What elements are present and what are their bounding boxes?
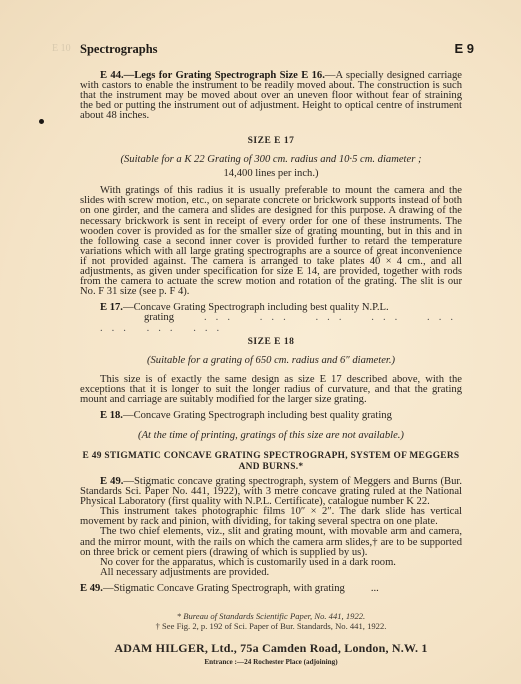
e49-paragraph-3: The two chief elements, viz., slit and g… <box>80 527 462 557</box>
catalogue-page: E 10 Spectrographs E 9 E 44.—Legs for Gr… <box>0 0 521 684</box>
e18-availability-note: (At the time of printing, gratings of th… <box>80 431 462 441</box>
publisher-imprint: ADAM HILGER, Ltd., 75a Camden Road, Lond… <box>80 643 462 667</box>
size-e17-description: With gratings of this radius it is usual… <box>80 186 462 297</box>
e49-section: E 49 STIGMATIC CONCAVE GRATING SPECTROGR… <box>80 451 462 594</box>
imprint-address: ADAM HILGER, Ltd., 75a Camden Road, Lond… <box>80 643 462 653</box>
size-e18-section: SIZE E 18 (Suitable for a grating of 650… <box>80 337 462 441</box>
size-e17-subtitle-2: 14,400 lines per inch.) <box>80 169 462 179</box>
size-e17-section: SIZE E 17 (Suitable for a K 22 Grating o… <box>80 136 462 334</box>
running-head: Spectrographs E 9 <box>80 41 474 57</box>
e18-code: E 18. <box>100 410 123 421</box>
e49-paragraph-2: This instrument takes photographic films… <box>80 507 462 527</box>
e18-price-item: E 18.—Concave Grating Spectrograph inclu… <box>80 411 462 421</box>
e44-block: E 44.—Legs for Grating Spectrograph Size… <box>80 71 462 121</box>
size-e18-subtitle: (Suitable for a grating of 650 cm. radiu… <box>80 356 462 366</box>
e49-paragraph-1: E 49.—Stigmatic concave grating spectrog… <box>80 477 462 507</box>
size-e18-description: This size is of exactly the same design … <box>80 375 462 405</box>
e49-price-item: E 49.—Stigmatic Concave Grating Spectrog… <box>80 584 462 594</box>
bleed-through-text: E 10 <box>52 43 71 54</box>
footnote-dagger: † See Fig. 2, p. 192 of Sci. Paper of Bu… <box>80 621 462 631</box>
leader-dots: ... <box>371 583 379 594</box>
page-number: E 9 <box>454 41 474 56</box>
size-e18-heading: SIZE E 18 <box>80 337 462 347</box>
margin-dot <box>39 119 44 124</box>
size-e17-heading: SIZE E 17 <box>80 136 462 146</box>
e49-paragraph-5: All necessary adjustments are provided. <box>80 568 462 578</box>
e17-price-item: E 17.—Concave Grating Spectrograph inclu… <box>80 303 462 333</box>
footnotes: * Bureau of Standards Scientific Paper, … <box>80 611 462 631</box>
section-title: Spectrographs <box>80 42 158 57</box>
imprint-entrance: Entrance :—24 Rochester Place (adjoining… <box>80 657 462 667</box>
footnote-star: * Bureau of Standards Scientific Paper, … <box>80 611 462 621</box>
size-e17-subtitle-1: (Suitable for a K 22 Grating of 300 cm. … <box>80 155 462 165</box>
e44-paragraph: E 44.—Legs for Grating Spectrograph Size… <box>80 71 462 121</box>
e49-heading: E 49 STIGMATIC CONCAVE GRATING SPECTROGR… <box>80 451 462 473</box>
